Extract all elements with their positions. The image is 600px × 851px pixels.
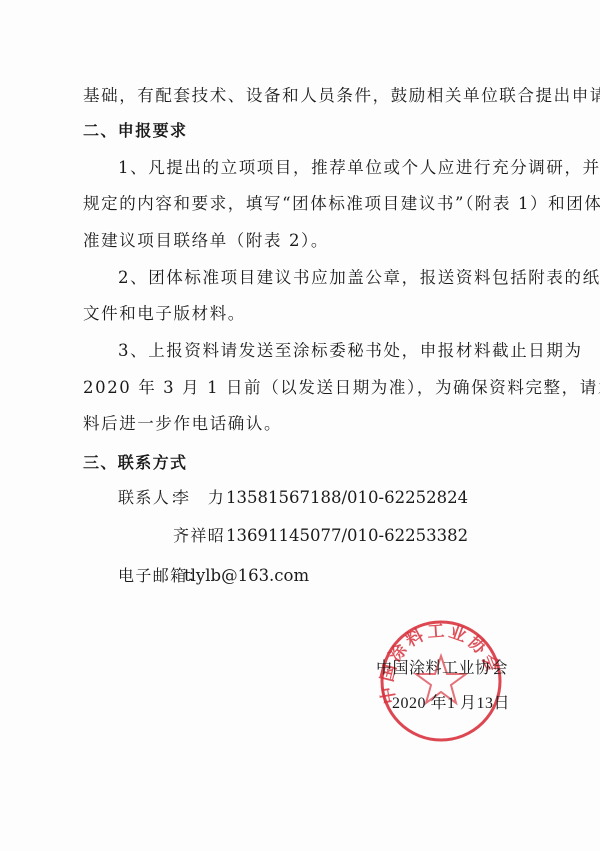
requirement-1-line-1: 1、凡提出的立项项目，推荐单位或个人应进行充分调研，并按 [118,158,600,178]
contact-phone-2: 13691145077/010-62253382 [226,526,468,546]
section-heading-contact: 三、联系方式 [83,453,187,473]
requirement-2-line-2: 文件和电子版材料。 [83,304,246,324]
requirement-1-line-2: 规定的内容和要求，填写“团体标准项目建议书”（附表 1）和团体标 [83,194,600,214]
signature-organization: 中国涂料工业协会 [376,658,508,678]
section-heading-requirements: 二、申报要求 [83,121,187,141]
requirement-3-line-1: 3、上报资料请发送至涂标委秘书处，申报材料截止日期为 [118,341,583,361]
requirement-3-line-3: 料后进一步作电话确认。 [83,414,282,434]
contact-phone-1: 13581567188/010-62252824 [226,488,468,508]
email-address[interactable]: tlylb@163.com [184,566,309,586]
document-page: 基础，有配套技术、设备和人员条件，鼓励相关单位联合提出申请。 二、申报要求 1、… [0,0,600,851]
signature-date: 2020 年1 月13日 [392,694,510,714]
requirement-1-line-3: 准建议项目联络单（附表 2）。 [83,231,329,251]
requirement-3-line-2: 2020 年 3 月 1 日前（以发送日期为准），为确保资料完整，请发送资 [83,378,600,398]
official-seal-icon: 中国涂料工业协会 [378,618,504,744]
paragraph-intro-end: 基础，有配套技术、设备和人员条件，鼓励相关单位联合提出申请。 [83,86,600,106]
contact-name-2: 齐祥昭 [173,526,225,546]
contact-name-1: 李 力 [173,488,225,508]
requirement-2-line-1: 2、团体标准项目建议书应加盖公章，报送资料包括附表的纸质 [118,268,600,288]
